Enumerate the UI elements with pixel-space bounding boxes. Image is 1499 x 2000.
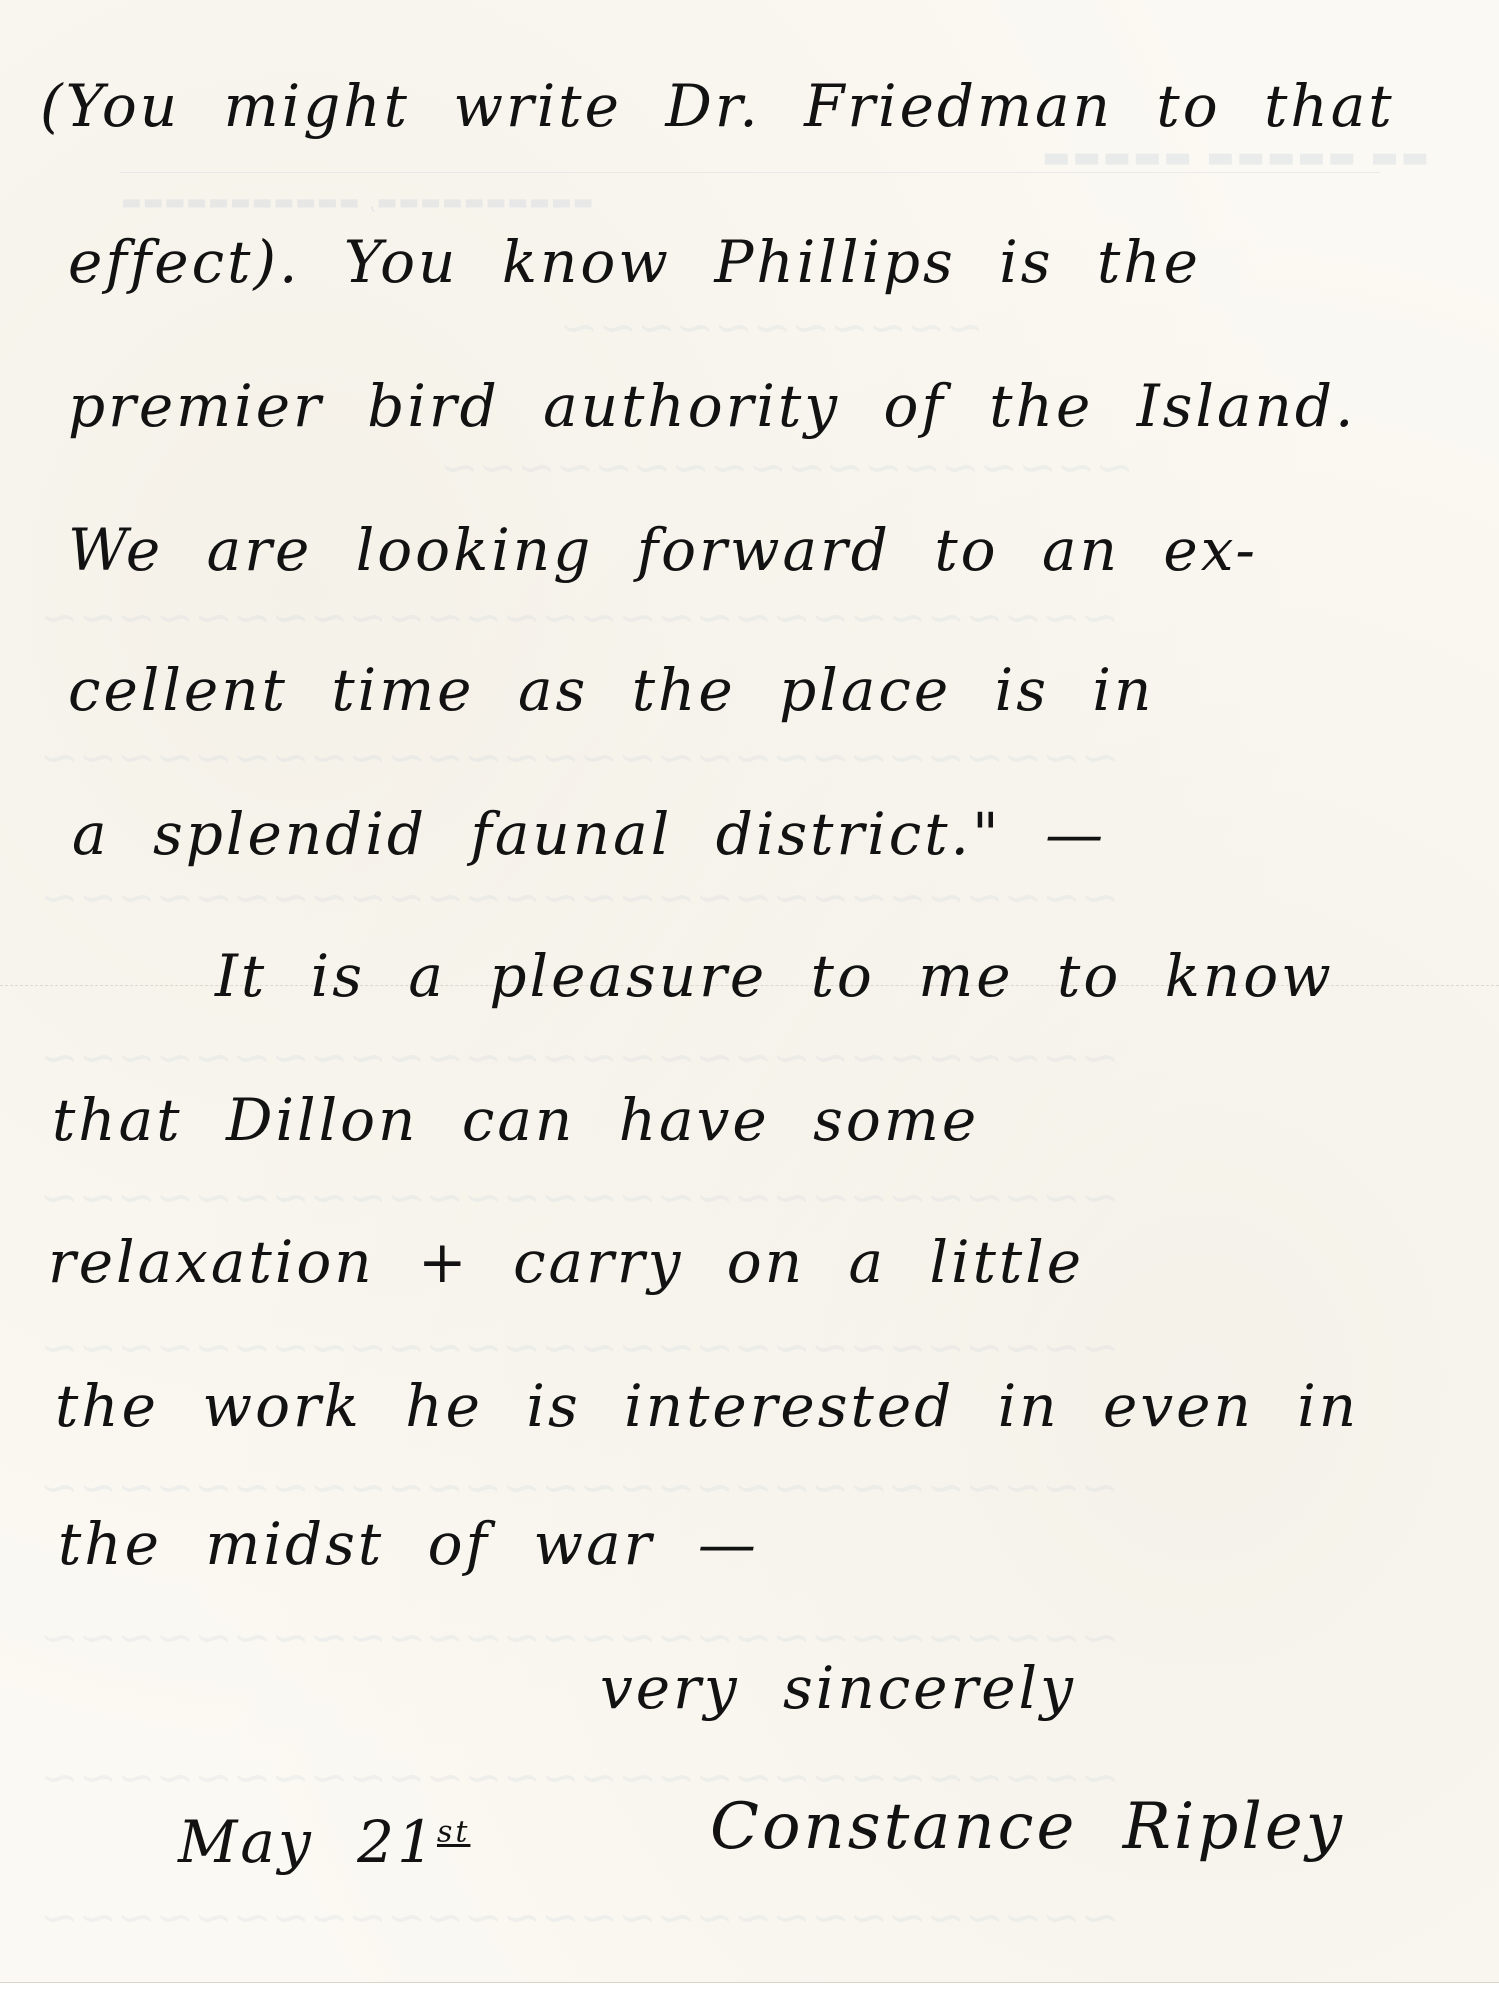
reverse-writing-bleed: ~~~~~~~~~~~~~~~~~~ <box>440 440 1134 494</box>
letter-line-2: effect). You know Phillips is the <box>68 228 1201 296</box>
letter-closing: very sincerely <box>600 1654 1076 1722</box>
letter-line-7: It is a pleasure to me to know <box>215 942 1334 1010</box>
date-text: May 21 <box>178 1808 437 1876</box>
letter-line-1: (You might write Dr. Friedman to that <box>40 72 1395 140</box>
letter-line-5: cellent time as the place is in <box>68 656 1154 724</box>
reverse-writing-bleed: ~~~~~~~~~~~~~~~~~~~~~~~~~~~~ <box>40 1890 1119 1944</box>
reverse-writing-bleed: ~~~~~~~~~~~~~~~~~~~~~~~~~~~~ <box>40 870 1119 924</box>
letter-line-6: a splendid faunal district." — <box>72 800 1106 868</box>
signature: Constance Ripley <box>710 1790 1345 1864</box>
reverse-writing-bleed: ~~~~~~~~~~~~~~~~~~~~~~~~~~~~ <box>40 730 1119 784</box>
reverse-writing-bleed: ~~~~~~~~~~~~~~~~~~~~~~~~~~~~ <box>40 1460 1119 1514</box>
reverse-writing-bleed: ~~~~~~~~~~~ <box>560 300 984 354</box>
date-suffix: st <box>437 1815 470 1850</box>
letter-line-3: premier bird authority of the Island. <box>68 372 1356 440</box>
reverse-writing-bleed: ~~~~~~~~~~~~~~~~~~~~~~~~~~~~ <box>40 590 1119 644</box>
letter-line-4: We are looking forward to an ex- <box>68 516 1258 584</box>
letter-line-10: the work he is interested in even in <box>55 1372 1359 1440</box>
letter-line-9: relaxation + carry on a little <box>48 1228 1084 1296</box>
reverse-writing-bleed: ~~~~~~~~~~~~~~~~~~~~~~~~~~~~ <box>40 1030 1119 1084</box>
reverse-writing-bleed: ~~~~~~~~~~~~~~~~~~~~~~~~~~~~ <box>40 1170 1119 1224</box>
letterhead-bleed-rule <box>120 172 1380 173</box>
letter-date: May 21st <box>178 1808 470 1876</box>
letter-line-11: the midst of war — <box>58 1510 759 1578</box>
letter-line-8: that Dillon can have some <box>52 1086 979 1154</box>
reverse-writing-bleed: ~~~~~~~~~~~~~~~~~~~~~~~~~~~~ <box>40 1320 1119 1374</box>
letter-page: ▬▬ ▬▬▬▬▬ ▬▬▬▬▬ ▬▬▬▬▬▬▬▬▬▬, ▬▬▬▬▬▬▬▬▬▬▬ ~… <box>0 0 1499 1983</box>
letterhead-bleed-through: ▬▬ ▬▬▬▬▬ ▬▬▬▬▬ <box>1040 140 1429 175</box>
letterhead-place-bleed-through: ▬▬▬▬▬▬▬▬▬▬, ▬▬▬▬▬▬▬▬▬▬▬ <box>120 190 594 215</box>
